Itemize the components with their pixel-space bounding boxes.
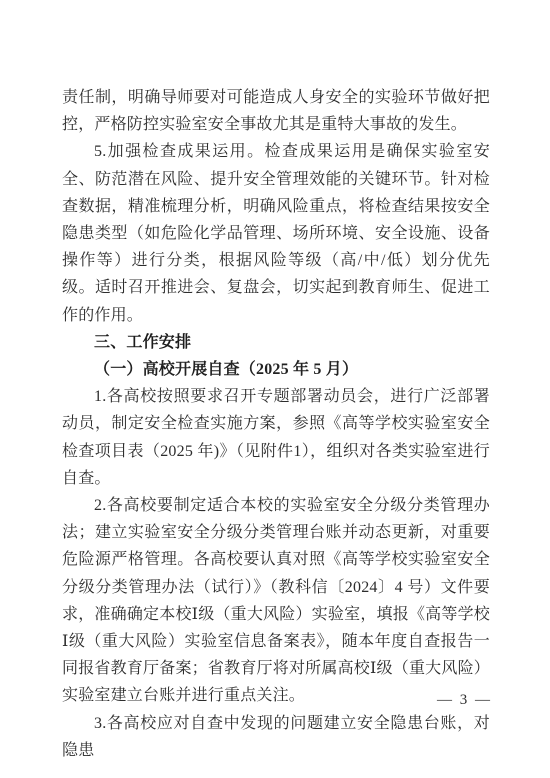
paragraph-item-5: 5.加强检查成果运用。检查成果运用是确保实验室安全、防范潜在风险、提升安全管理效… <box>62 138 490 328</box>
document-body: 责任制，明确导师要对可能造成人身安全的实验环节做好把控，严格防控实验室安全事故尤… <box>62 84 490 764</box>
paragraph-item-2: 2.各高校要制定适合本校的实验室安全分级分类管理办法；建立实验室安全分级分类管理… <box>62 492 490 710</box>
paragraph-item-3: 3.各高校应对自查中发现的问题建立安全隐患台账，对隐患 <box>62 710 490 764</box>
subsection-heading: （一）高校开展自查（2025 年 5 月） <box>62 356 490 383</box>
section-heading: 三、工作安排 <box>62 329 490 356</box>
page-number: — 3 — <box>437 692 492 709</box>
paragraph-continued: 责任制，明确导师要对可能造成人身安全的实验环节做好把控，严格防控实验室安全事故尤… <box>62 84 490 138</box>
paragraph-item-1: 1.各高校按照要求召开专题部署动员会，进行广泛部署动员，制定安全检查实施方案，参… <box>62 383 490 492</box>
document-page: 责任制，明确导师要对可能造成人身安全的实验环节做好把控，严格防控实验室安全事故尤… <box>0 0 550 778</box>
